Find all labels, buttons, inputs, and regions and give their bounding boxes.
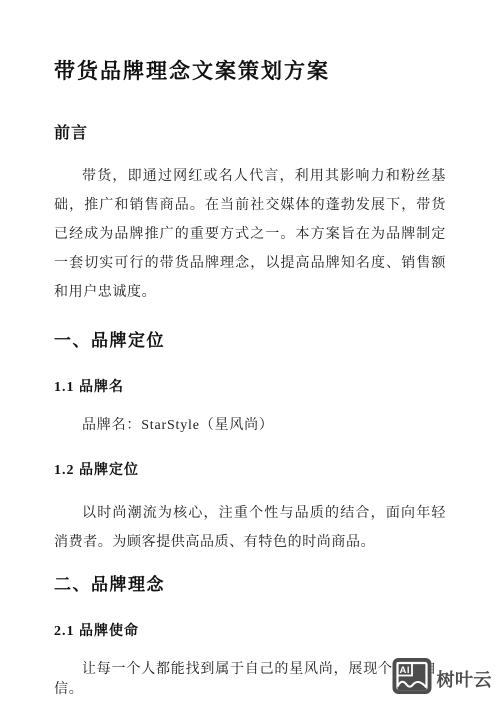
- section-1-1-heading: 1.1 品牌名: [54, 378, 446, 398]
- watermark-icon-text: AI: [399, 665, 410, 676]
- section-1-2-heading: 1.2 品牌定位: [54, 461, 446, 481]
- brand-positioning-paragraph: 以时尚潮流为核心，注重个性与品质的结合，面向年轻消费者。为顾客提供高品质、有特色…: [54, 499, 446, 557]
- section-2-heading: 二、品牌理念: [54, 572, 446, 597]
- brand-mission-line: 让每一个人都能找到属于自己的星风尚，展现个性与自信。: [54, 660, 446, 700]
- brand-name-line: 品牌名：StarStyle（星风尚）: [54, 416, 446, 436]
- document-title: 带货品牌理念文案策划方案: [54, 56, 446, 86]
- document-page: 带货品牌理念文案策划方案 前言 带货，即通过网红或名人代言，利用其影响力和粉丝基…: [0, 0, 500, 707]
- preface-paragraph: 带货，即通过网红或名人代言，利用其影响力和粉丝基础，推广和销售商品。在当前社交媒…: [54, 162, 446, 307]
- section-1-heading: 一、品牌定位: [54, 328, 446, 353]
- preface-heading: 前言: [54, 123, 446, 145]
- section-2-1-heading: 2.1 品牌使命: [54, 622, 446, 642]
- watermark-brand-name: 树叶云: [437, 666, 493, 692]
- ai-image-icon: AI: [392, 657, 432, 700]
- watermark-logo: AI 树叶云: [392, 657, 493, 700]
